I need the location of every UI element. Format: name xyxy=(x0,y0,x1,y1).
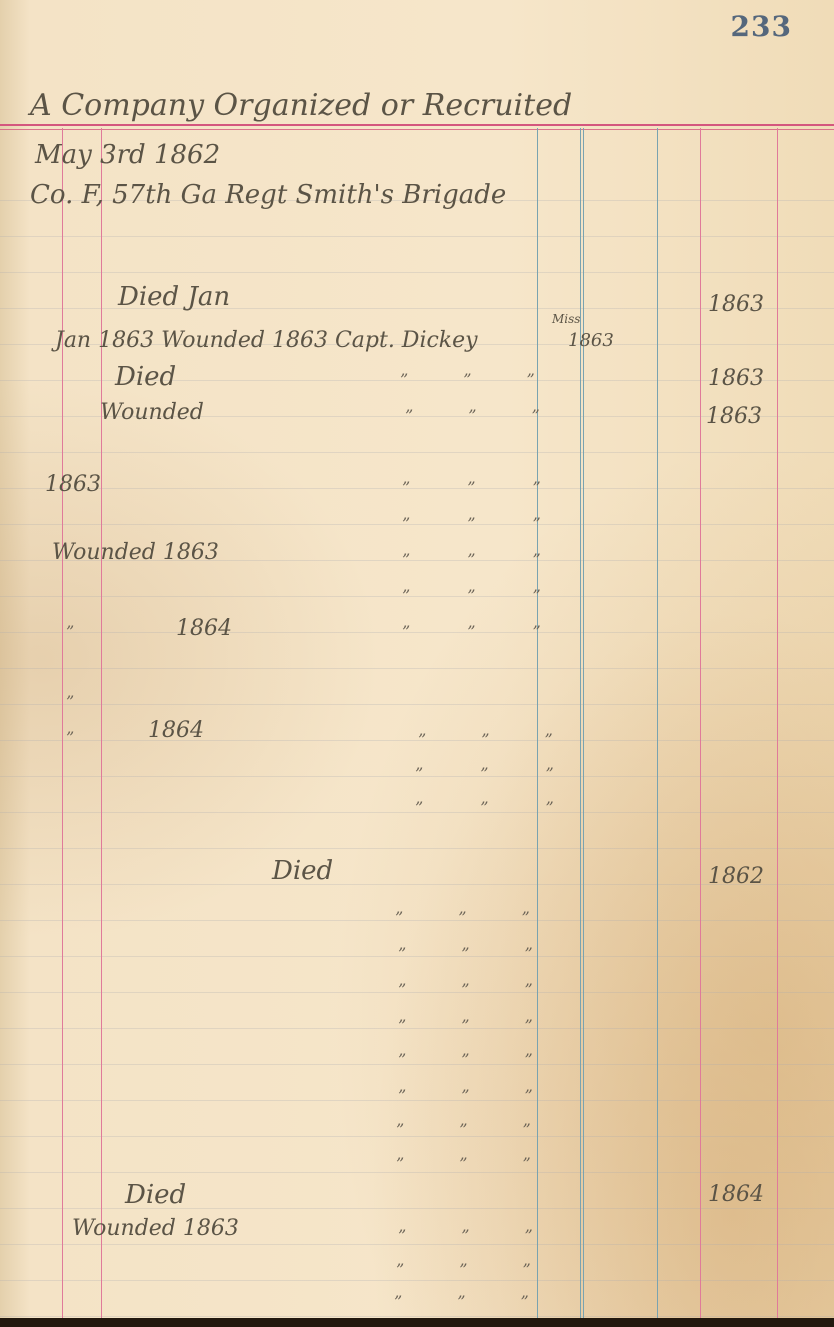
entry-text: 1863 xyxy=(45,472,101,497)
ditto-marks: ” ” ” xyxy=(396,1260,531,1279)
ditto-marks: ” ” ” xyxy=(395,908,530,927)
entry-year: 1863 xyxy=(706,404,762,429)
entry-year: 1864 xyxy=(708,1182,764,1207)
entry-text: Wounded 1863 xyxy=(52,540,219,565)
ditto-left: ” xyxy=(66,692,74,711)
entry-text: Died xyxy=(125,1180,186,1210)
header-line-1: A Company Organized or Recruited xyxy=(30,88,572,123)
column-line-blue-1 xyxy=(537,128,538,1318)
ditto-marks: ” ” ” xyxy=(396,1154,531,1173)
ditto-marks: ” ” ” xyxy=(396,1120,531,1139)
ditto-marks: ” ” ” xyxy=(402,622,541,641)
entry-note: Miss xyxy=(552,312,580,326)
ditto-marks: ” ” ” xyxy=(398,1226,533,1245)
header-rule-top xyxy=(0,124,834,126)
ditto-marks: ” ” ” xyxy=(398,1050,533,1069)
header-line-2: May 3rd 1862 xyxy=(35,140,220,170)
column-line-blue-3 xyxy=(583,128,584,1318)
ditto-marks: ” ” ” xyxy=(398,1086,533,1105)
column-line-pink-1 xyxy=(700,128,701,1318)
ditto-marks: ” ” ” xyxy=(405,406,540,425)
ditto-marks: ” ” ” xyxy=(402,514,541,533)
ledger-page: 233 A Company Organized or Recruited May… xyxy=(0,0,834,1318)
book-edge xyxy=(0,1318,834,1327)
entry-text: 1864 xyxy=(148,718,204,743)
entry-text: Died xyxy=(115,362,176,392)
entry-text: 1864 xyxy=(176,616,232,641)
margin-line-1 xyxy=(62,128,63,1318)
column-line-blue-4 xyxy=(657,128,658,1318)
entry-text: Wounded xyxy=(100,400,204,425)
ditto-left: ” xyxy=(66,622,74,641)
ditto-marks: ” ” ” xyxy=(402,478,541,497)
entry-text: Died xyxy=(272,856,333,886)
ditto-marks: ” ” ” xyxy=(418,730,553,749)
entry-year: 1863 xyxy=(708,292,764,317)
entry-year: 1862 xyxy=(708,864,764,889)
ditto-marks: ” ” ” xyxy=(398,980,533,999)
ditto-marks: ” ” ” xyxy=(398,1016,533,1035)
column-line-blue-2 xyxy=(580,128,581,1318)
ditto-marks: ” ” ” xyxy=(402,550,541,569)
ditto-marks: ” ” ” xyxy=(398,944,533,963)
ditto-marks: ” ” ” xyxy=(402,586,541,605)
entry-year: 1863 xyxy=(708,366,764,391)
margin-line-2 xyxy=(101,128,102,1318)
ditto-marks: ” ” ” xyxy=(400,370,535,389)
column-line-pink-2 xyxy=(777,128,778,1318)
ditto-marks: ” ” ” xyxy=(415,764,554,783)
entry-text: Wounded 1863 xyxy=(72,1216,239,1241)
entry-text: Died Jan xyxy=(118,282,230,312)
header-line-3: Co. F, 57th Ga Regt Smith's Brigade xyxy=(30,180,506,210)
ditto-marks: ” ” ” xyxy=(415,798,554,817)
page-number: 233 xyxy=(731,10,792,43)
entry-text: Jan 1863 Wounded 1863 Capt. Dickey xyxy=(55,328,478,353)
ditto-left: ” xyxy=(66,728,74,747)
header-rule-bottom xyxy=(0,129,834,130)
entry-note-year: 1863 xyxy=(568,330,614,351)
ditto-marks: ” ” ” xyxy=(394,1292,529,1311)
